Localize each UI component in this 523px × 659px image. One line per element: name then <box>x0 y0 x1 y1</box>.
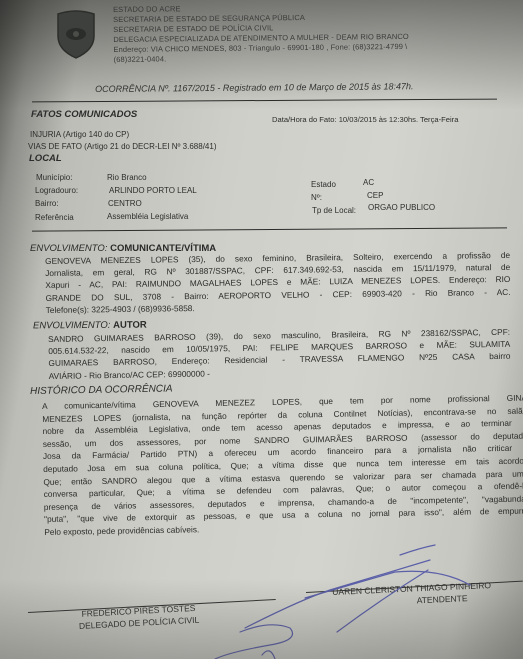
local-value: ARLINDO PORTO LEAL <box>109 186 197 195</box>
local-label: Referência <box>35 213 74 222</box>
local-title: LOCAL <box>29 153 62 164</box>
occurrence-number: OCORRÊNCIA Nº. 1167/2015 - Registrado em… <box>95 81 414 94</box>
victim-details: GENOVEVA MENEZES LOPES (35), do sexo fem… <box>45 249 511 316</box>
police-report-document: ESTADO DO ACRE SECRETARIA DE ESTADO DE S… <box>0 0 523 659</box>
local-value: AC <box>363 178 374 187</box>
local-label: Logradouro: <box>35 186 78 195</box>
local-value: CEP <box>367 191 383 200</box>
involvement-label: ENVOLVIMENTO: <box>33 320 113 332</box>
local-label: Nº: <box>311 193 322 202</box>
local-value: CENTRO <box>108 199 142 208</box>
police-shield-emblem-icon <box>54 10 98 60</box>
agency-header: ESTADO DO ACRE SECRETARIA DE ESTADO DE S… <box>113 2 409 65</box>
local-label: Tp de Local: <box>312 206 356 215</box>
involvement-role: AUTOR <box>113 320 147 331</box>
atendente-signature-block: UAREN CLERISTON THIAGO PINHEIRO ATENDENT… <box>332 579 492 610</box>
fatos-title: FATOS COMUNICADOS <box>31 109 137 120</box>
local-label: Estado <box>311 180 336 189</box>
header-divider <box>32 99 497 103</box>
local-value: ORGAO PUBLICO <box>368 203 435 212</box>
author-involvement-title: ENVOLVIMENTO: AUTOR <box>33 320 147 332</box>
local-value: Rio Branco <box>107 173 147 182</box>
local-label: Município: <box>36 173 72 182</box>
fact-datetime: Data/Hora do Fato: 10/03/2015 às 12:30hs… <box>272 115 458 124</box>
local-value: Assembléia Legislativa <box>107 212 188 221</box>
delegado-signature-block: FREDERICO PIRES TOSTES DELEGADO DE POLÍC… <box>78 602 200 632</box>
local-divider <box>32 227 507 231</box>
fact-item: VIAS DE FATO (Artigo 21 do DECR-LEI Nº 3… <box>28 142 216 151</box>
author-details: SANDRO GUIMARAES BARROSO (39), do sexo m… <box>48 326 511 382</box>
history-title: HISTÓRICO DA OCORRÊNCIA <box>30 384 173 397</box>
header-line-phone: (68)3221-0404. <box>114 52 410 65</box>
fact-item: INJURIA (Artigo 140 do CP) <box>30 130 129 139</box>
history-text: A comunicante/vítima GENOVEVA MENEZEZ LO… <box>42 392 523 539</box>
local-label: Bairro: <box>35 199 59 208</box>
involvement-label: ENVOLVIMENTO: <box>30 243 110 254</box>
